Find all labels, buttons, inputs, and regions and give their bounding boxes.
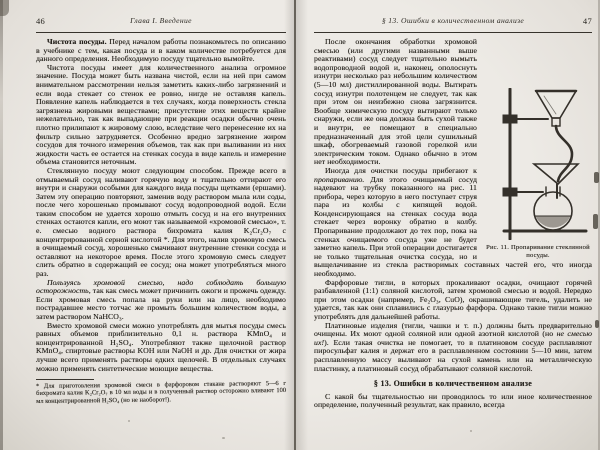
paragraph: Вместо хромовой смеси можно употреблять …: [36, 322, 286, 374]
scan-artifact: [593, 214, 598, 229]
steaming-apparatus-figure: [486, 88, 590, 240]
left-running-title: Глава I. Введение: [36, 16, 286, 25]
text-span: После окончания обработки хромовой смесь…: [314, 37, 477, 166]
text-span: Фарфоровые тигли, в которых прокаливают …: [314, 278, 592, 321]
right-header-rule: [314, 32, 592, 33]
paragraph: Чистота посуды. Перед началом работы поз…: [36, 38, 286, 64]
figure-caption: Рис. 11. Пропаривание стеклянной посуды.: [484, 244, 592, 259]
paragraph: Стеклянную посуду моют следующим способо…: [36, 167, 286, 279]
footnote: * Для приготовления хромовой смеси в фар…: [36, 380, 286, 405]
paragraph: С какой бы тщательностью ни проводилось …: [314, 393, 592, 410]
section-heading: § 13. Ошибки в количественном анализе: [314, 380, 592, 389]
text-span: Стеклянную посуду моют следующим способо…: [36, 166, 286, 278]
scan-artifact: [595, 320, 599, 328]
paragraph: Пользуясь хромовой смесью, надо соблюдат…: [36, 279, 286, 322]
right-page-body: Рис. 11. Пропаривание стеклянной посуды.…: [314, 38, 592, 410]
right-page-number: 47: [583, 16, 592, 26]
text-span: Вместо хромовой смеси можно употреблять …: [36, 321, 286, 373]
text-span: Платиновые изделия (тигли, чашки и т. п.…: [314, 321, 592, 339]
gutter-line: [294, 0, 296, 450]
right-paragraphs-after: С какой бы тщательностью ни проводилось …: [314, 393, 592, 410]
right-page-header: § 13. Ошибки в количественном анализе 47: [314, 14, 592, 30]
left-header-rule: [36, 32, 286, 33]
figure-11: Рис. 11. Пропаривание стеклянной посуды.: [484, 88, 592, 259]
right-running-title: § 13. Ошибки в количественном анализе: [314, 16, 592, 25]
paragraph: Чистота посуды имеет для количественного…: [36, 64, 286, 167]
page-right: § 13. Ошибки в количественном анализе 47: [314, 14, 592, 410]
left-page-edge-shadow: [0, 0, 3, 450]
paragraph: Платиновые изделия (тигли, чашки и т. п.…: [314, 322, 592, 374]
gutter-shadow: [284, 0, 308, 450]
left-page-header: 46 Глава I. Введение: [36, 14, 286, 30]
scan-speck: [222, 437, 225, 439]
left-page-body: Чистота посуды. Перед началом работы поз…: [36, 38, 286, 405]
scan-speck: [470, 430, 472, 432]
text-span: ). Если такая очистка не помогает, то в …: [314, 338, 592, 373]
footnote-rule: [36, 379, 94, 380]
left-paragraphs: Чистота посуды. Перед началом работы поз…: [36, 38, 286, 373]
scan-corner-blot: [0, 0, 9, 16]
scan-speck: [128, 420, 130, 422]
scan-artifact: [594, 172, 599, 183]
text-span: Чистота посуды имеет для количественного…: [36, 63, 286, 167]
paragraph: Фарфоровые тигли, в которых прокаливают …: [314, 279, 592, 322]
book-scan: 46 Глава I. Введение Чистота посуды. Пер…: [0, 0, 600, 450]
text-span: С какой бы тщательностью ни проводилось …: [314, 392, 592, 410]
page-left: 46 Глава I. Введение Чистота посуды. Пер…: [36, 14, 286, 405]
